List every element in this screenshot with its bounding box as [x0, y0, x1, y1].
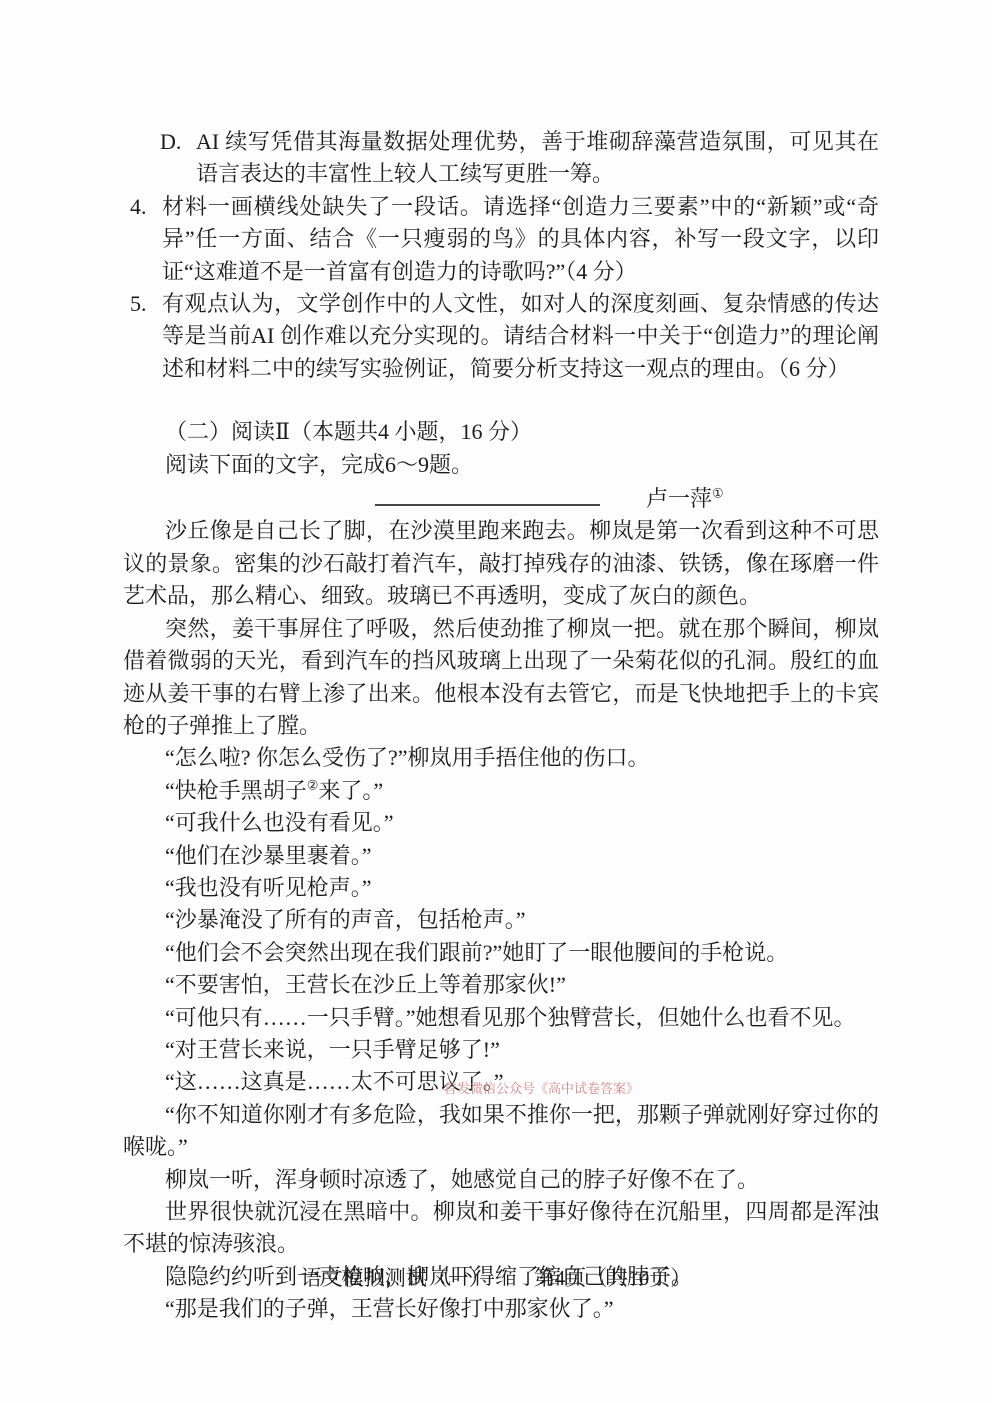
question-4-number: 4. — [130, 191, 162, 288]
footnote-ref-1: ① — [712, 486, 724, 501]
reading-instruction: 阅读下面的文字，完成6～9题。 — [165, 449, 879, 481]
option-d-text: AI 续写凭借其海量数据处理优势，善于堆砌辞藻营造氛围，可见其在语言表达的丰富性… — [196, 126, 879, 191]
story-paragraph-pre: “快枪手黑胡子 — [165, 778, 307, 803]
page-footer: 语文模拟测试（一）第4页（共10页） — [0, 1263, 992, 1293]
story-paragraph: “可他只有……一只手臂。”她想看见那个独臂营长，但她什么也看不见。 — [123, 1002, 879, 1034]
question-5-text: 有观点认为，文学创作中的人文性，如对人的深度刻画、复杂情感的传达等是当前AI 创… — [162, 288, 879, 385]
story-paragraph: “沙暴淹没了所有的声音，包括枪声。” — [123, 904, 879, 936]
story-paragraph: “我也没有听见枪声。” — [123, 872, 879, 904]
story-paragraph: 突然，姜干事屏住了呼吸，然后使劲推了柳岚一把。就在那个瞬间，柳岚借着微弱的天光，… — [123, 613, 879, 743]
story-paragraph: “他们会不会突然出现在我们跟前?”她盯了一眼他腰间的手枪说。 — [123, 937, 879, 969]
option-d: D. AI 续写凭借其海量数据处理优势，善于堆砌辞藻营造氛围，可见其在语言表达的… — [160, 126, 879, 191]
story-paragraph: “怎么啦? 你怎么受伤了?”柳岚用手捂住他的伤口。 — [123, 742, 879, 774]
story-paragraph: “他们在沙暴里裹着。” — [123, 840, 879, 872]
story-paragraph: “那是我们的子弹，王营长好像打中那家伙了。” — [123, 1293, 879, 1325]
story-paragraph: 世界很快就沉浸在黑暗中。柳岚和姜干事好像待在沉船里，四周都是浑浊不堪的惊涛骇浪。 — [123, 1196, 879, 1261]
footer-doc-title: 语文模拟测试（一） — [301, 1266, 490, 1290]
exam-page: D. AI 续写凭借其海量数据处理优势，善于堆砌辞藻营造氛围，可见其在语言表达的… — [0, 0, 992, 1403]
story-paragraph: “快枪手黑胡子②来了。” — [123, 775, 879, 807]
story-paragraph: 沙丘像是自己长了脚，在沙漠里跑来跑去。柳岚是第一次看到这种不可思议的景象。密集的… — [123, 515, 879, 612]
footnote-ref-2: ② — [307, 777, 319, 792]
title-blank-line — [375, 500, 600, 506]
byline: 卢一萍① — [375, 483, 879, 515]
story-paragraph: 柳岚一听，浑身顿时凉透了，她感觉自己的脖子好像不在了。 — [123, 1164, 879, 1196]
footer-page-number: 第4页（共10页） — [534, 1266, 692, 1290]
watermark-text: 首发微信公众号《高中试卷答案》 — [444, 1081, 639, 1096]
story-paragraph: “你不知道你刚才有多危险，我如果不推你一把，那颗子弹就刚好穿过你的喉咙。” — [123, 1099, 879, 1164]
question-5-number: 5. — [130, 288, 162, 385]
page-content: D. AI 续写凭借其海量数据处理优势，善于堆砌辞藻营造氛围，可见其在语言表达的… — [123, 126, 879, 1326]
question-4: 4. 材料一画横线处缺失了一段话。请选择“创造力三要素”中的“新颖”或“奇异”任… — [130, 191, 879, 288]
story-paragraph: “可我什么也没有看见。” — [123, 807, 879, 839]
story-paragraph: “对王营长来说，一只手臂足够了!” — [123, 1034, 879, 1066]
question-4-text: 材料一画横线处缺失了一段话。请选择“创造力三要素”中的“新颖”或“奇异”任一方面… — [162, 191, 879, 288]
option-d-letter: D. — [160, 126, 196, 191]
story-paragraph: “不要害怕，王营长在沙丘上等着那家伙!” — [123, 969, 879, 1001]
section-heading: （二）阅读Ⅱ（本题共4 小题，16 分） — [165, 416, 879, 448]
question-5: 5. 有观点认为，文学创作中的人文性，如对人的深度刻画、复杂情感的传达等是当前A… — [130, 288, 879, 385]
story-paragraph-post: 来了。” — [318, 778, 383, 803]
author-name: 卢一萍 — [646, 486, 712, 511]
